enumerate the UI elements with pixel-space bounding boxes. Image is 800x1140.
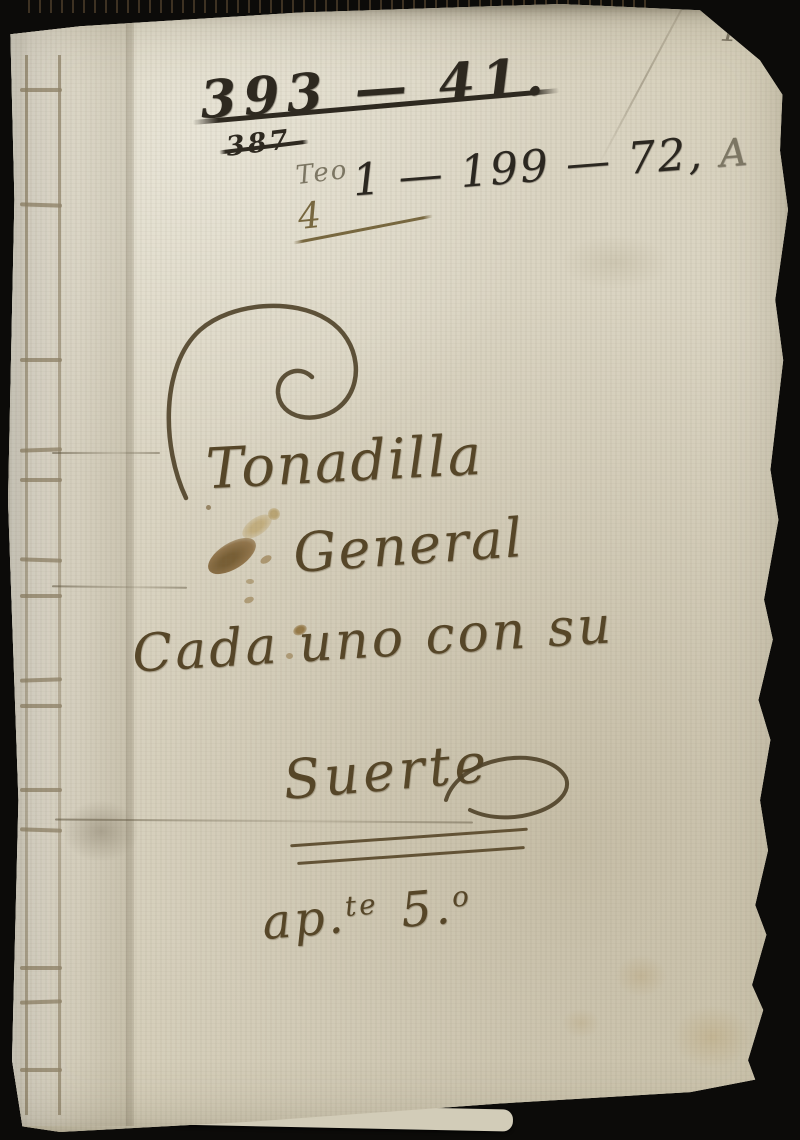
call-number-suffix: A — [718, 129, 751, 175]
title-line-cada-uno: Cada uno con su — [131, 595, 616, 684]
spine-stitch — [20, 478, 62, 482]
manuscript-photo: 1 393 — 41. 387 Teo 1 — 199 — 72, A 4 To… — [0, 0, 800, 1140]
manuscript-cover-page: 1 393 — 41. 387 Teo 1 — 199 — 72, A 4 To… — [0, 0, 800, 1140]
cover-fold-line — [126, 20, 138, 1126]
teo-annotation: Teo — [294, 155, 350, 191]
folio-number: 1 — [719, 14, 740, 50]
ink-drip — [243, 595, 254, 604]
spine-stitch — [20, 594, 62, 598]
ink-blot-stain — [238, 510, 276, 543]
ink-drip — [259, 553, 273, 565]
double-underline — [290, 828, 528, 848]
title-line-general: General — [291, 506, 526, 585]
title-line-tonadilla: Tonadilla — [204, 423, 484, 502]
call-number: 1 — 199 — 72, A — [351, 124, 751, 206]
spine-stitch — [20, 788, 62, 792]
footer-note-base: ap. — [260, 888, 348, 951]
ink-blot-stain — [268, 508, 280, 520]
footer-note-number: 5. — [399, 879, 455, 939]
foxing-stain — [615, 955, 667, 997]
spine-stitch — [20, 358, 62, 362]
spine-stitch — [20, 704, 62, 708]
ink-blot-stain — [202, 531, 262, 582]
ink-drip — [206, 505, 211, 510]
double-underline — [297, 846, 525, 865]
spine-stitch — [20, 1068, 62, 1072]
crossed-out-digit: 4 — [296, 195, 323, 238]
foxing-stain — [562, 1008, 600, 1038]
spine-stitch — [20, 966, 62, 970]
spine-sewing-rail — [25, 55, 28, 1115]
smudge-stain — [560, 235, 670, 290]
footer-note-superscript: te — [343, 887, 379, 923]
title-line-suerte: Suerte — [281, 731, 493, 812]
spine-highlight — [10, 24, 22, 1122]
ink-drip — [246, 579, 254, 584]
footer-note-ordinal: o — [450, 879, 473, 914]
foxing-stain — [672, 1005, 752, 1069]
call-number-main: 1 — 199 — 72, — [351, 128, 706, 206]
crease-line — [52, 452, 160, 454]
spine-stitch — [20, 88, 62, 92]
footer-note: ap.te5.o — [260, 877, 475, 951]
